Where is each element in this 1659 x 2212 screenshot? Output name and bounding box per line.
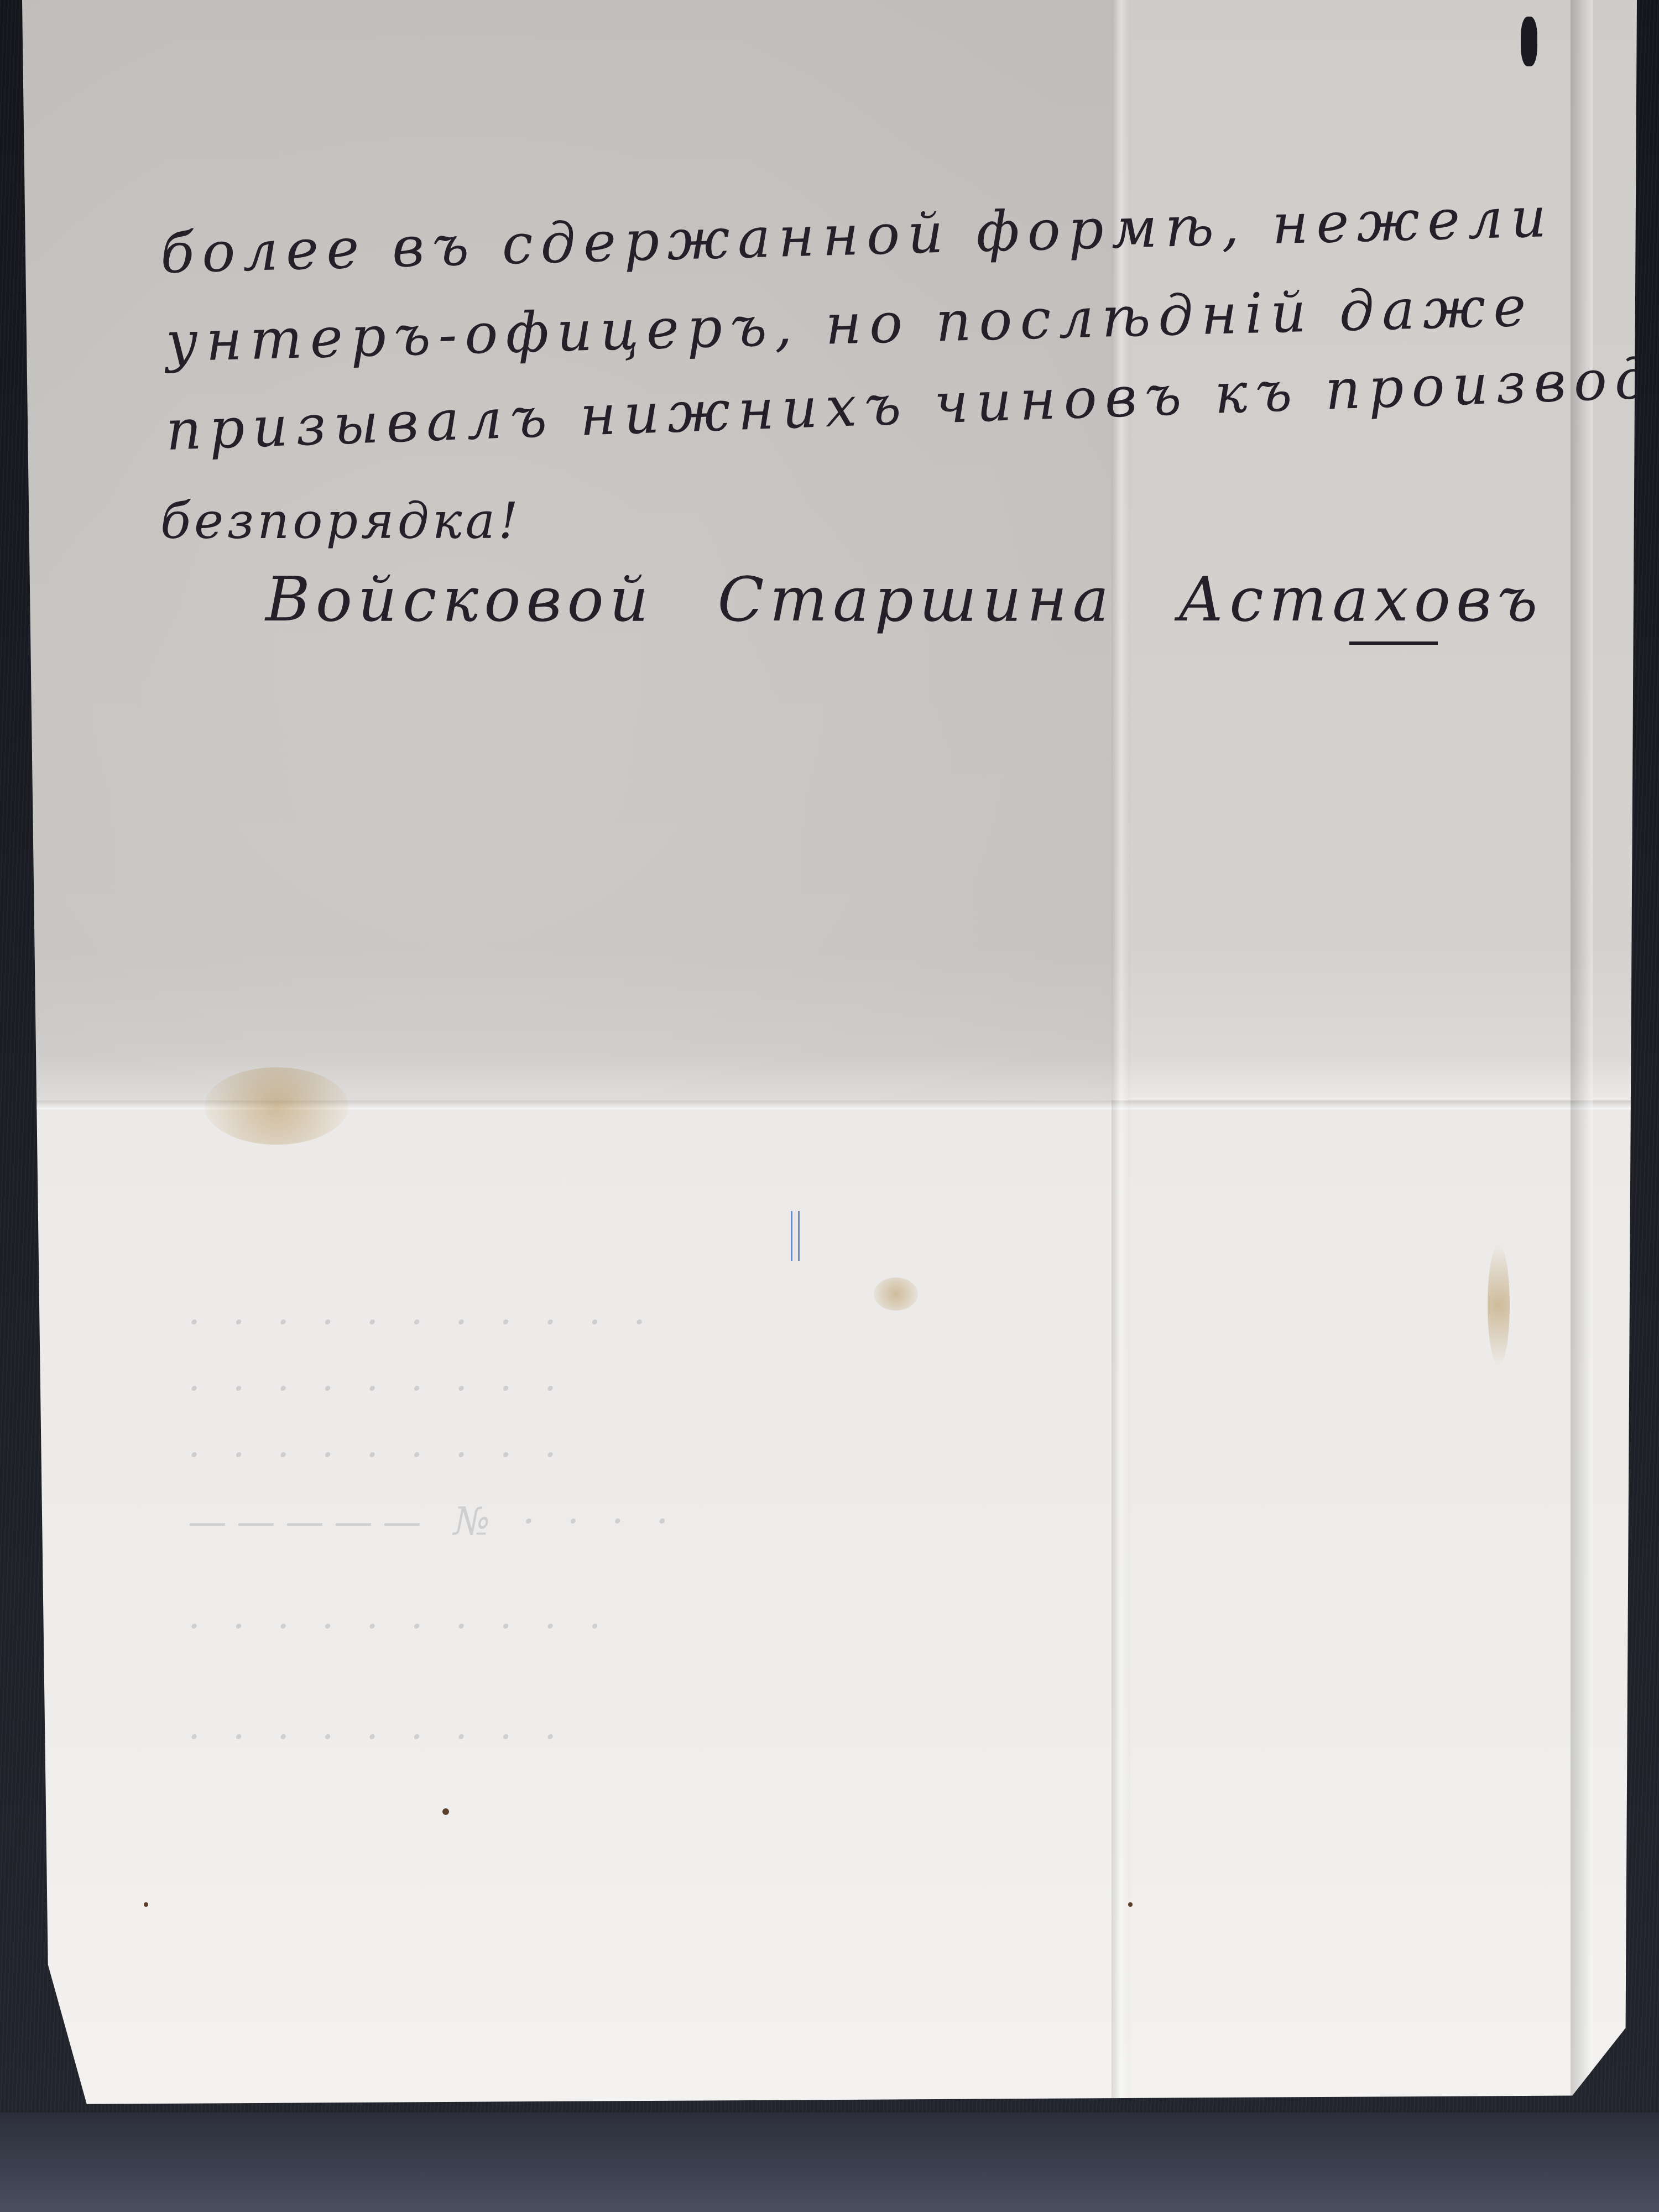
signature-rank: Войсковой: [265, 564, 654, 635]
text-line-4: безпорядка!: [160, 492, 521, 550]
letter-page: более въ сдержанной формѣ, нежели унтеръ…: [22, 0, 1637, 2112]
signature-block: Войсковой Старшина Астаховъ: [265, 564, 1582, 635]
bleed-through-line: · · · · · · · · ·: [188, 1366, 566, 1411]
signature-name: Астаховъ: [1178, 564, 1543, 635]
ink-speck: [144, 1902, 148, 1907]
paper-shading: [22, 0, 1112, 1100]
water-stain: [874, 1277, 918, 1311]
water-stain: [1488, 1244, 1510, 1366]
ink-speck: [1128, 1902, 1133, 1907]
blue-pencil-mark: [791, 1211, 800, 1261]
vertical-fold-right: [1571, 0, 1593, 2112]
signature-flourish: [1349, 641, 1438, 645]
bleed-through-line: · · · · · · · · ·: [188, 1432, 566, 1478]
bleed-through-line: · · · · · · · · ·: [188, 1714, 566, 1760]
water-stain: [205, 1067, 348, 1145]
bleed-through-line: ————— № · · · ·: [188, 1499, 679, 1544]
ink-speck: [442, 1808, 449, 1815]
desk-surface: [0, 2112, 1659, 2212]
bleed-through-line: · · · · · · · · · ·: [188, 1604, 611, 1649]
signature-title: Старшина: [718, 564, 1115, 635]
ink-blot: [1521, 17, 1537, 66]
bleed-through-line: · · · · · · · · · · ·: [188, 1300, 655, 1345]
